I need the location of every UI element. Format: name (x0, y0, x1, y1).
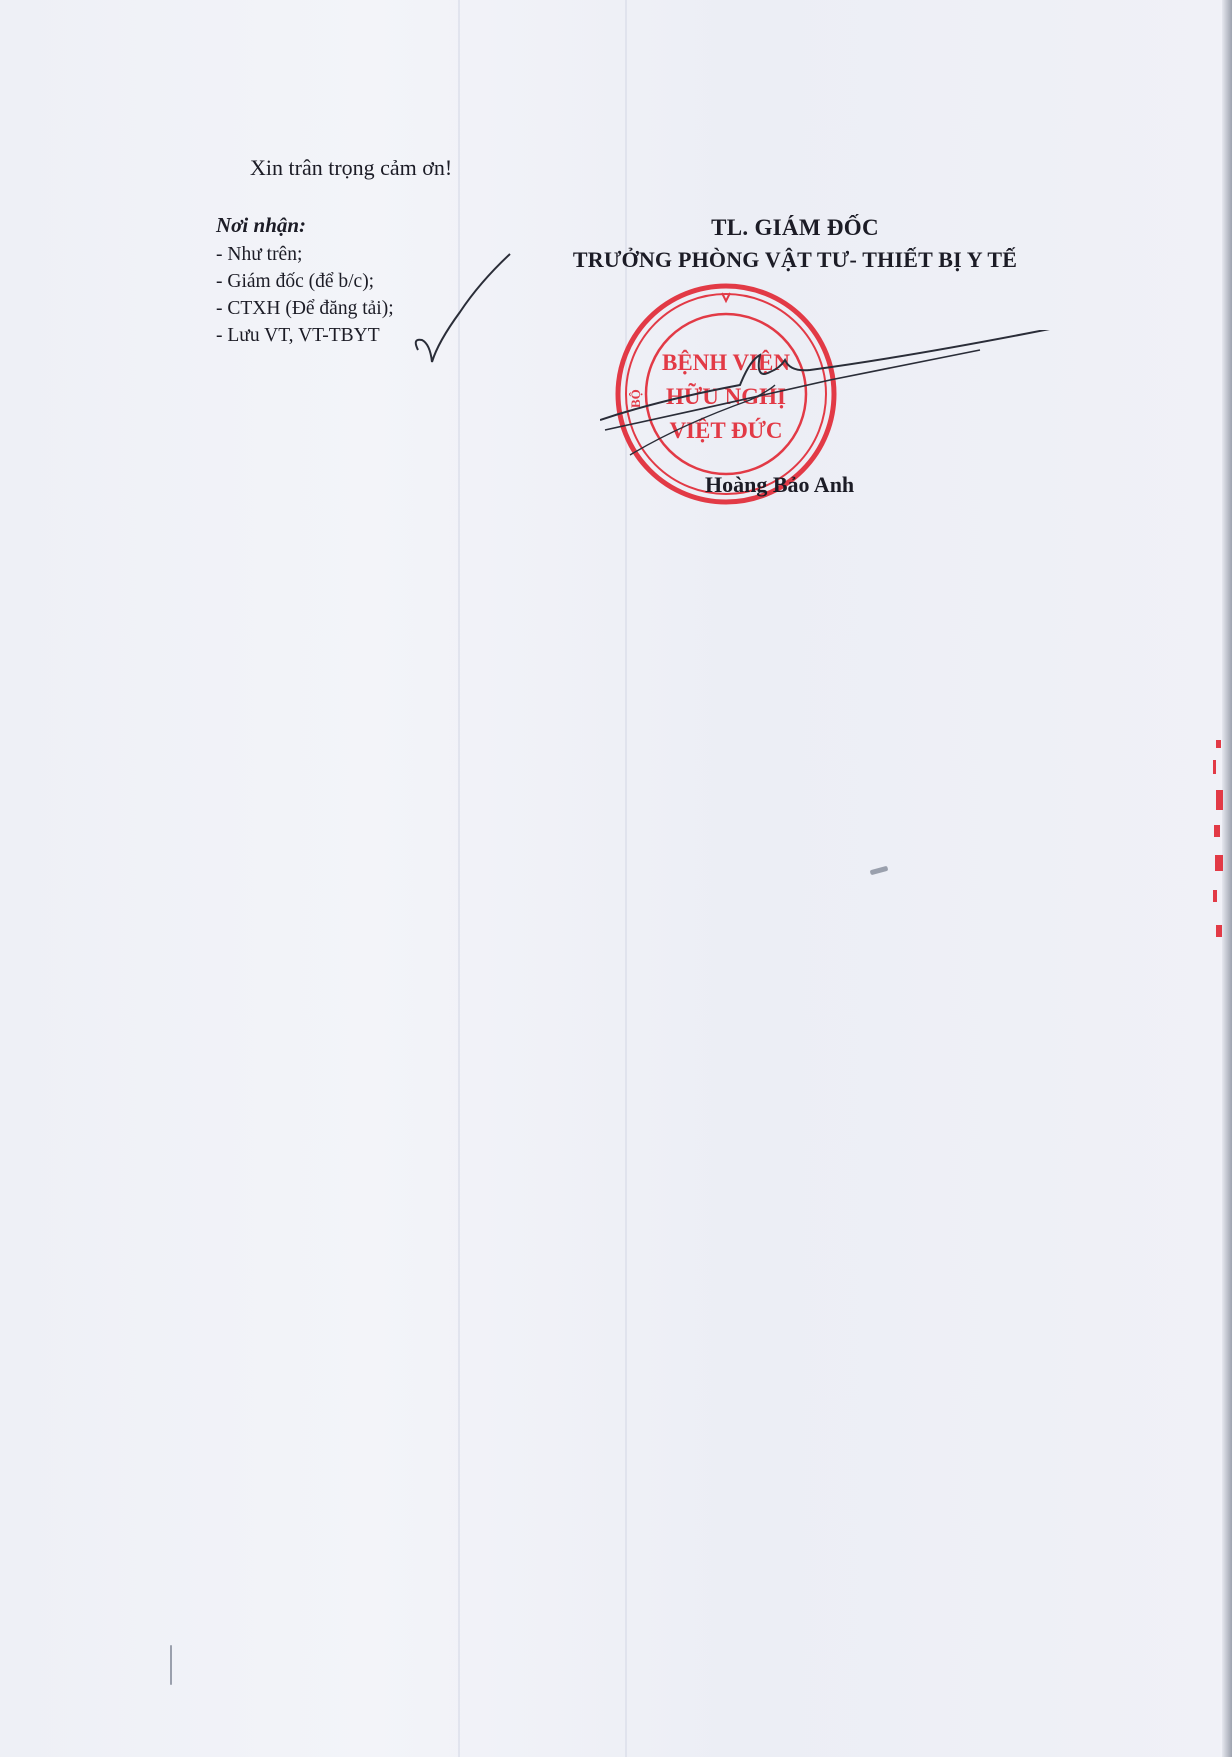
recipient-item: - Lưu VT, VT-TBYT (216, 322, 394, 349)
scan-speck (170, 1645, 172, 1685)
signature-title-block: TL. GIÁM ĐỐC TRƯỞNG PHÒNG VẬT TƯ- THIẾT … (520, 215, 1070, 273)
recipient-item: - Giám đốc (để b/c); (216, 268, 394, 295)
signature-title-line2: TRƯỞNG PHÒNG VẬT TƯ- THIẾT BỊ Y TẾ (520, 247, 1070, 273)
approval-checkmark (400, 250, 520, 380)
signer-name: Hoàng Bảo Anh (705, 472, 854, 498)
scan-speck (870, 866, 889, 875)
recipients-list: Nơi nhận: - Như trên; - Giám đốc (để b/c… (216, 212, 394, 349)
closing-remark: Xin trân trọng cảm ơn! (250, 155, 452, 181)
recipients-heading: Nơi nhận: (216, 212, 394, 239)
signature-title-line1: TL. GIÁM ĐỐC (520, 215, 1070, 241)
recipient-item: - CTXH (Để đăng tải); (216, 295, 394, 322)
handwritten-signature (600, 330, 1070, 480)
edge-stamp-fragment (1208, 730, 1228, 950)
recipient-item: - Như trên; (216, 241, 394, 268)
